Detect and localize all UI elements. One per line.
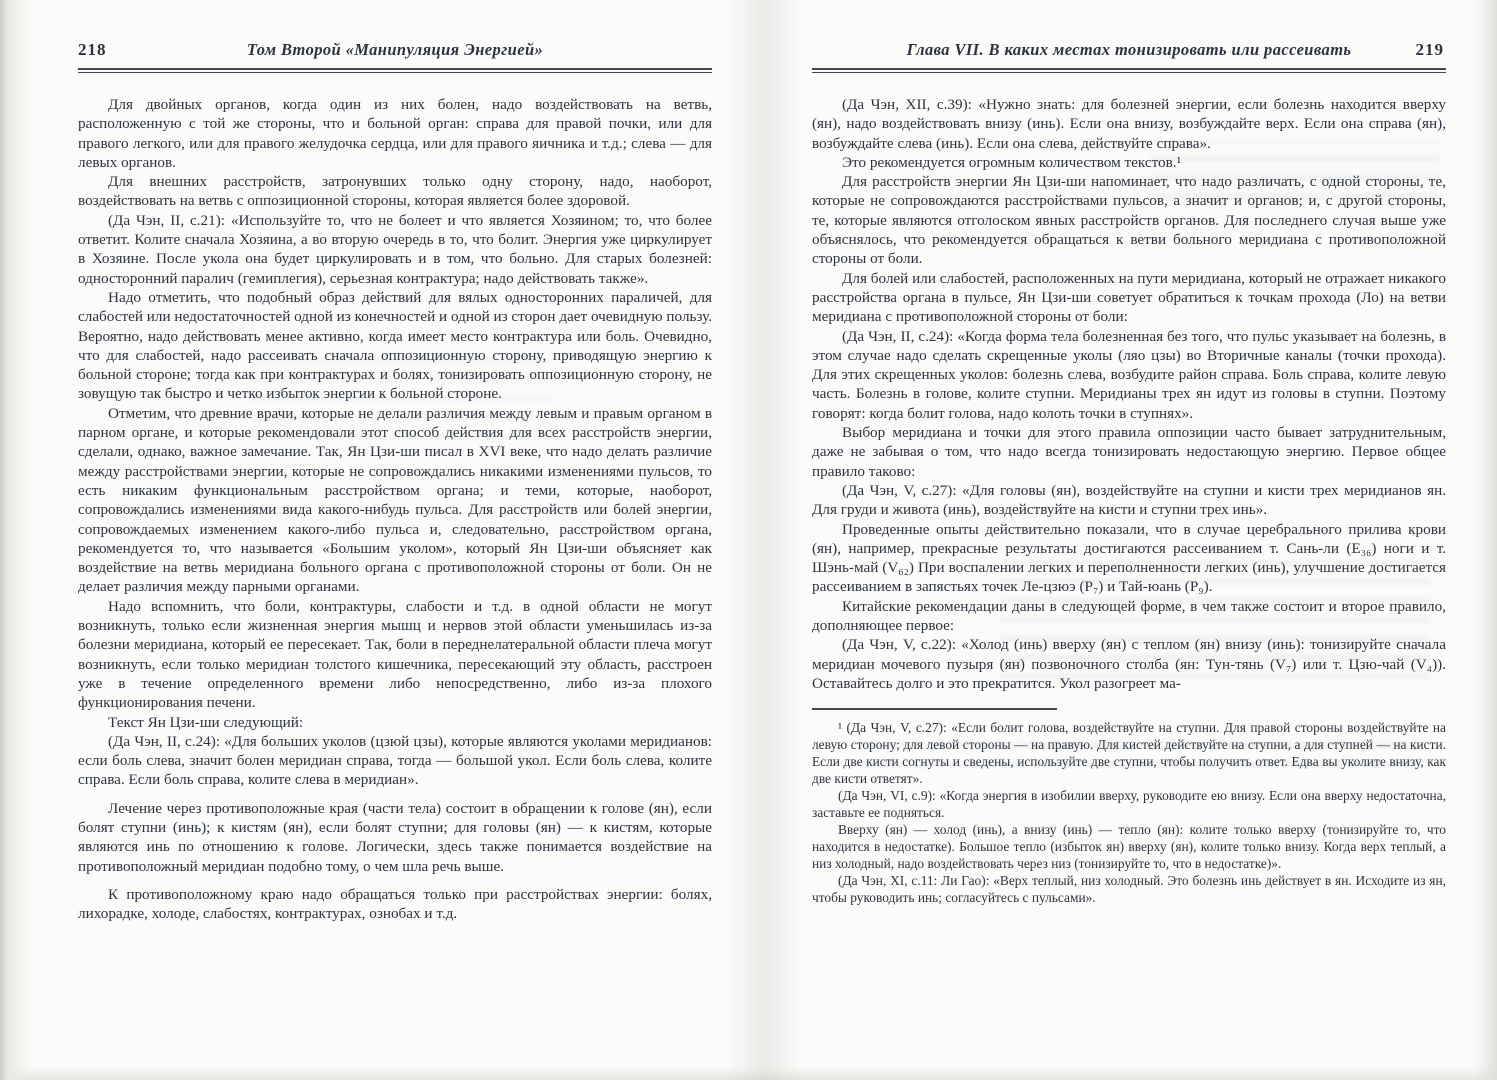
body-paragraph: К противоположному краю надо обращаться … xyxy=(78,885,712,924)
left-page-number: 218 xyxy=(78,40,107,60)
footnote-paragraph: (Да Чэн, VI, с.9): «Когда энергия в изоб… xyxy=(812,787,1446,821)
body-paragraph: (Да Чэн, II, с.24): «Когда форма тела бо… xyxy=(812,327,1446,423)
body-paragraph: Для расстройств энергии Ян Цзи-ши напоми… xyxy=(812,172,1446,268)
body-paragraph: Выбор меридиана и точки для этого правил… xyxy=(812,423,1446,481)
body-paragraph: Надо отметить, что подобный образ действ… xyxy=(78,288,712,404)
body-paragraph: Отметим, что древние врачи, которые не д… xyxy=(78,404,712,597)
body-paragraph: Лечение через противоположные края (част… xyxy=(78,799,712,876)
left-running-head: 218 Том Второй «Манипуляция Энергией» xyxy=(78,40,712,64)
footnote-separator xyxy=(812,708,1057,710)
body-paragraph: Текст Ян Цзи-ши следующий: xyxy=(78,713,712,732)
body-paragraph: (Да Чэн, V, с.22): «Холод (инь) вверху (… xyxy=(812,635,1446,693)
left-page-body: Для двойных органов, когда один из них б… xyxy=(78,95,712,923)
book-spread-scan: 218 Том Второй «Манипуляция Энергией» Дл… xyxy=(0,0,1497,1080)
body-paragraph: Надо вспомнить, что боли, контрактуры, с… xyxy=(78,597,712,713)
footnote-paragraph: (Да Чэн, XI, с.11: Ли Гао): «Верх теплый… xyxy=(812,872,1446,906)
body-paragraph: Для двойных органов, когда один из них б… xyxy=(78,95,712,172)
page-gutter-shadow xyxy=(726,0,802,1080)
body-paragraph: Китайские рекомендации даны в следующей … xyxy=(812,597,1446,636)
footnote-paragraph: Вверху (ян) — холод (инь), а внизу (инь)… xyxy=(812,821,1446,872)
body-paragraph: Для внешних расстройств, затронувших тол… xyxy=(78,172,712,211)
right-header-rule xyxy=(812,68,1446,73)
body-paragraph: Проведенные опыты действительно показали… xyxy=(812,520,1446,597)
right-page: Глава VII. В каких местах тонизировать и… xyxy=(812,40,1446,906)
right-running-title: Глава VII. В каких местах тонизировать и… xyxy=(812,40,1446,60)
left-header-rule xyxy=(78,68,712,73)
right-page-footnotes: ¹ (Да Чэн, V, с.27): «Если болит голова,… xyxy=(812,719,1446,906)
body-paragraph: (Да Чэн, II, с.21): «Используйте то, что… xyxy=(78,211,712,288)
right-page-number: 219 xyxy=(1416,40,1445,60)
right-running-head: Глава VII. В каких местах тонизировать и… xyxy=(812,40,1446,64)
body-paragraph: (Да Чэн, II, с.24): «Для больших уколов … xyxy=(78,732,712,790)
body-paragraph: Это рекомендуется огромным количеством т… xyxy=(812,153,1446,172)
right-page-body: (Да Чэн, XII, с.39): «Нужно знать: для б… xyxy=(812,95,1446,693)
footnote-paragraph: ¹ (Да Чэн, V, с.27): «Если болит голова,… xyxy=(812,719,1446,787)
left-page: 218 Том Второй «Манипуляция Энергией» Дл… xyxy=(78,40,712,923)
left-running-title: Том Второй «Манипуляция Энергией» xyxy=(78,40,712,60)
body-paragraph: (Да Чэн, XII, с.39): «Нужно знать: для б… xyxy=(812,95,1446,153)
body-paragraph: (Да Чэн, V, с.27): «Для головы (ян), воз… xyxy=(812,481,1446,520)
body-paragraph: Для болей или слабостей, расположенных н… xyxy=(812,269,1446,327)
